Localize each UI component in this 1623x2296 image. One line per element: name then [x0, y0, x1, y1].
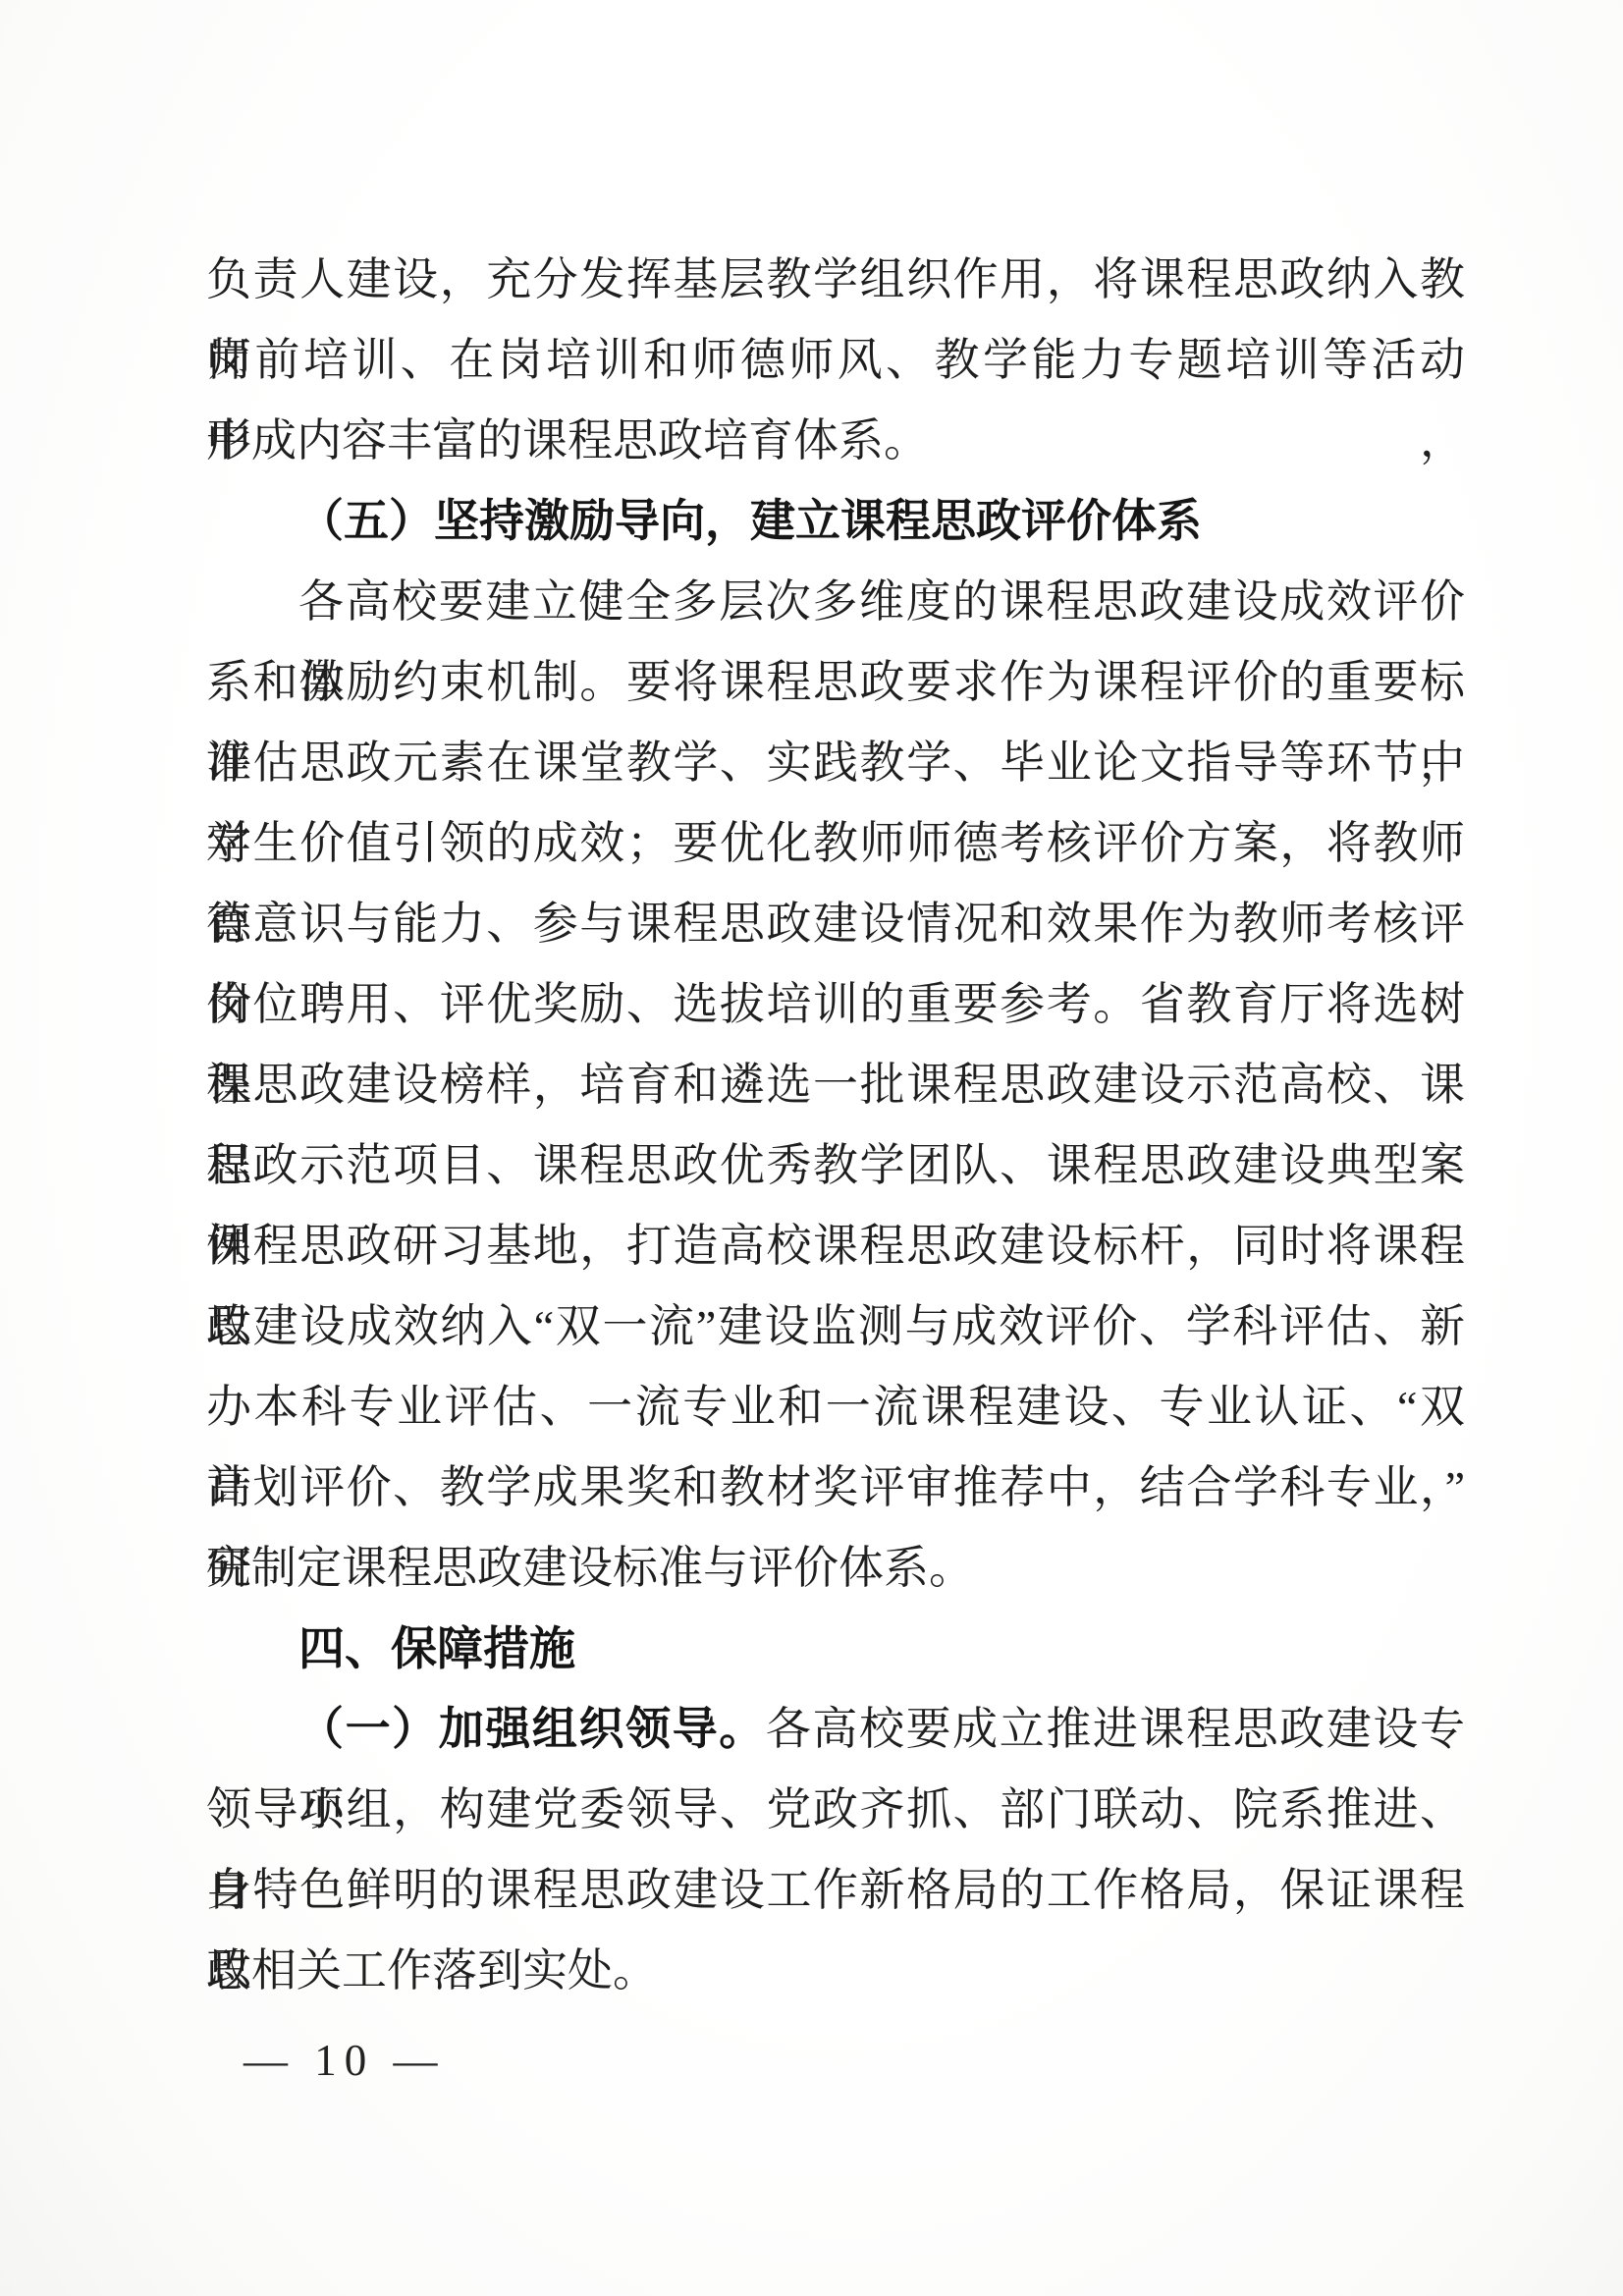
chapter-heading-four: 四、保障措施	[206, 1609, 1465, 1689]
body-line: 系和激励约束机制。要将课程思政要求作为课程评价的重要标准，	[206, 642, 1465, 723]
body-line: 评估思政元素在课堂教学、实践教学、毕业论文指导等环节中对	[206, 723, 1465, 803]
document-page: 负责人建设，充分发挥基层教学组织作用，将课程思政纳入教师 岗前培训、在岗培训和师…	[0, 0, 1623, 2296]
body-line: 办本科专业评估、一流专业和一流课程建设、专业认证、“双高”	[206, 1367, 1465, 1448]
page-number: — 10 —	[243, 2031, 446, 2090]
body-line: 政建设成效纳入“双一流”建设监测与成效评价、学科评估、新	[206, 1286, 1465, 1367]
body-line: 政相关工作落到实处。	[206, 1931, 1465, 2011]
body-line: 各高校要建立健全多层次多维度的课程思政建设成效评价体	[206, 562, 1465, 642]
item-heading-one-line: （一）加强组织领导。各高校要成立推进课程思政建设专项	[206, 1689, 1465, 1770]
body-line: 岗前培训、在岗培训和师德师风、教学能力专题培训等活动中，	[206, 320, 1465, 401]
section-heading-five: （五）坚持激励导向，建立课程思政评价体系	[206, 481, 1465, 562]
body-line: 思政示范项目、课程思政优秀教学团队、课程思政建设典型案例、	[206, 1125, 1465, 1206]
body-line: 究制定课程思政建设标准与评价体系。	[206, 1528, 1465, 1609]
body-line: 身特色鲜明的课程思政建设工作新格局的工作格局，保证课程思	[206, 1850, 1465, 1931]
body-line: 岗位聘用、评优奖励、选拔培训的重要参考。省教育厅将选树课	[206, 964, 1465, 1045]
body-line: 学生价值引领的成效；要优化教师师德考核评价方案，将教师育	[206, 803, 1465, 884]
body-line: 德意识与能力、参与课程思政建设情况和效果作为教师考核评价、	[206, 884, 1465, 964]
item-heading-one-label: （一）加强组织领导。	[298, 1704, 766, 1754]
body-line: 计划评价、教学成果奖和教材奖评审推荐中，结合学科专业，研	[206, 1448, 1465, 1528]
body-line: 课程思政研习基地，打造高校课程思政建设标杆，同时将课程思	[206, 1206, 1465, 1286]
body-line: 负责人建设，充分发挥基层教学组织作用，将课程思政纳入教师	[206, 240, 1465, 320]
body-line: 程思政建设榜样，培育和遴选一批课程思政建设示范高校、课程	[206, 1045, 1465, 1125]
document-text-block: 负责人建设，充分发挥基层教学组织作用，将课程思政纳入教师 岗前培训、在岗培训和师…	[206, 240, 1465, 2011]
body-line: 领导小组，构建党委领导、党政齐抓、部门联动、院系推进、自	[206, 1770, 1465, 1850]
